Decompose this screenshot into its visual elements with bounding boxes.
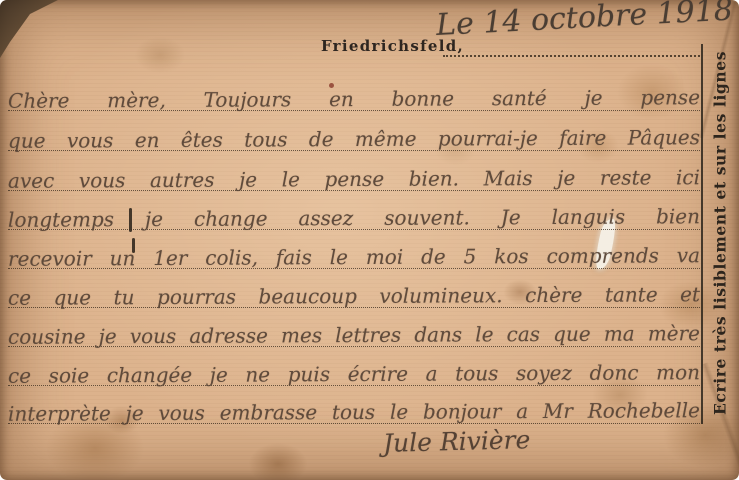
message-line-text: ce que tu pourras beaucoup volumineux. c… [8,283,700,309]
message-line-text: ce soie changée je ne puis écrire a tous… [8,361,700,387]
message-line-text: longtemps je change assez souvent. Je la… [8,205,700,231]
signature: Jule Rivière [383,425,531,458]
postcard-scan: Friedrichsfeld, Le 14 octobre 1918 Ecrir… [0,0,739,480]
message-line-text: Chère mère, Toujours en bonne santé je p… [8,86,700,112]
message-line: avec vous autres je le pense bien. Mais … [8,156,700,191]
date-dotted-line [443,41,700,57]
message-line-text: que vous en êtes tous de même pourrai-je… [8,126,700,152]
message-line: longtemps je change assez souvent. Je la… [8,195,700,230]
message-line: que vous en êtes tous de même pourrai-je… [8,116,700,151]
message-line: interprète je vous embrasse tous le bonj… [8,389,700,424]
message-line-text: cousine je vous adresse mes lettres dans… [8,322,700,348]
message-line: cousine je vous adresse mes lettres dans… [8,312,700,347]
message-line-text: interprète je vous embrasse tous le bonj… [8,399,700,425]
message-line: ce soie changée je ne puis écrire a tous… [8,351,700,386]
handwritten-date: Le 14 octobre 1918 [435,0,706,43]
message-line: ce que tu pourras beaucoup volumineux. c… [8,273,700,308]
message-line: Chère mère, Toujours en bonne santé je p… [8,76,700,111]
message-line-text: recevoir un 1er colis, fais le moi de 5 … [8,244,700,270]
margin-instruction-text: Ecrire très lisiblement et sur les ligne… [703,45,737,421]
message-line-text: avec vous autres je le pense bien. Mais … [8,166,700,192]
corner-tear-stain [0,0,62,58]
message-line: recevoir un 1er colis, fais le moi de 5 … [8,234,700,269]
